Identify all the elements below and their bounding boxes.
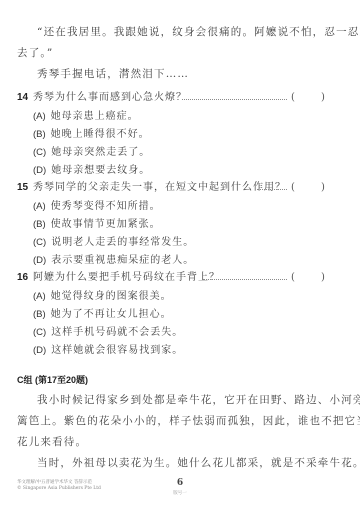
- option-a: (A)使秀琴变得不知所措。: [17, 198, 347, 216]
- option-text: 说明老人走丢的事经常发生。: [51, 237, 194, 248]
- answer-paren-left: (: [291, 178, 295, 198]
- option-letter: (D): [33, 165, 46, 176]
- passage-line: 篱笆上。紫色的花朵小小的，样子怯弱而孤独，因此，谁也不把它当成: [17, 411, 360, 432]
- question-16: 16 阿嬷为什么要把手机号码纹在手背上？ ( ) (A)她觉得纹身的图案很美。 …: [17, 268, 347, 360]
- leader-dots: [257, 189, 287, 190]
- option-letter: (A): [33, 201, 46, 212]
- option-b: (B)使故事情节更加紧张。: [17, 216, 347, 234]
- option-letter: (B): [33, 129, 46, 140]
- question-stem: 15 秀琴同学的父亲走失一事，在短文中起到什么作用？ ( ): [17, 178, 347, 198]
- option-text: 这样她就会很容易找到家。: [51, 345, 183, 356]
- option-text: 她母亲突然走丢了。: [51, 147, 150, 158]
- leader-dots: [203, 279, 287, 280]
- option-text: 她为了不再让女儿担心。: [51, 309, 172, 320]
- option-b: (B)她为了不再让女儿担心。: [17, 306, 347, 324]
- answer-paren-right: ): [321, 268, 325, 288]
- answer-paren-left: (: [291, 268, 295, 288]
- page-number: 6: [170, 478, 190, 488]
- passage-line: 秀琴手握电话，潸然泪下……: [37, 64, 189, 85]
- question-number: 16: [17, 268, 28, 288]
- question-stem: 14 秀琴为什么事而感到心急火燎？ ( ): [17, 88, 347, 108]
- option-letter: (A): [33, 111, 46, 122]
- question-stem: 16 阿嬷为什么要把手机号码纹在手背上？ ( ): [17, 268, 347, 288]
- option-text: 她母亲患上癌症。: [51, 111, 139, 122]
- option-text: 使秀琴变得不知所措。: [51, 201, 161, 212]
- question-number: 14: [17, 88, 28, 108]
- option-letter: (A): [33, 291, 46, 302]
- document-page: “还在我居里。我跟她说，纹身会很痛的。阿嬷说不怕，忍一忍就过 去了。” 秀琴手握…: [0, 0, 360, 511]
- leader-dots: [182, 99, 287, 100]
- option-b: (B)她晚上睡得很不好。: [17, 126, 347, 144]
- option-letter: (C): [33, 237, 46, 248]
- passage-line: 去了。”: [17, 43, 53, 64]
- option-d: (D)这样她就会很容易找到家。: [17, 342, 347, 360]
- option-text: 使故事情节更加紧张。: [51, 219, 161, 230]
- answer-paren-right: ): [321, 178, 325, 198]
- question-number: 15: [17, 178, 28, 198]
- answer-paren-right: ): [321, 88, 325, 108]
- option-a: (A)她母亲患上癌症。: [17, 108, 347, 126]
- option-a: (A)她觉得纹身的图案很美。: [17, 288, 347, 306]
- option-text: 她母亲想要去纹身。: [51, 165, 150, 176]
- question-text: 阿嬷为什么要把手机号码纹在手背上？: [33, 268, 220, 288]
- option-letter: (D): [33, 255, 46, 266]
- option-letter: (C): [33, 327, 46, 338]
- passage-line: 我小时候记得家乡到处都是牵牛花，它开在田野、路边、小河旁、: [37, 390, 360, 411]
- section-heading: C组 (第17至20题): [17, 373, 88, 386]
- footer-copyright: 华文理解/中五普通学术华文 答辞示范 © Singapore Asia Publ…: [17, 480, 101, 492]
- passage-line: “还在我居里。我跟她说，纹身会很痛的。阿嬷说不怕，忍一忍就过: [37, 22, 360, 43]
- option-letter: (B): [33, 219, 46, 230]
- answer-paren-left: (: [291, 88, 295, 108]
- question-14: 14 秀琴为什么事而感到心急火燎？ ( ) (A)她母亲患上癌症。 (B)她晚上…: [17, 88, 347, 180]
- option-text: 这样手机号码就不会丢失。: [51, 327, 183, 338]
- option-c: (C)这样手机号码就不会丢失。: [17, 324, 347, 342]
- option-text: 表示要重视患痴呆症的老人。: [51, 255, 194, 266]
- passage-line: 花儿来看待。: [17, 432, 87, 453]
- option-letter: (D): [33, 345, 46, 356]
- question-15: 15 秀琴同学的父亲走失一事，在短文中起到什么作用？ ( ) (A)使秀琴变得不…: [17, 178, 347, 270]
- option-c: (C)她母亲突然走丢了。: [17, 144, 347, 162]
- option-text: 她觉得纹身的图案很美。: [51, 291, 172, 302]
- question-text: 秀琴同学的父亲走失一事，在短文中起到什么作用？: [33, 178, 286, 198]
- footer-publisher: © Singapore Asia Publishers Pte Ltd: [17, 486, 101, 492]
- option-letter: (C): [33, 147, 46, 158]
- option-text: 她晚上睡得很不好。: [51, 129, 150, 140]
- option-c: (C)说明老人走丢的事经常发生。: [17, 234, 347, 252]
- passage-line: 当时，外祖母以卖花为生。她什么花儿都采，就是不采牵牛花。野: [37, 453, 360, 474]
- question-text: 秀琴为什么事而感到心急火燎？: [33, 88, 187, 108]
- option-letter: (B): [33, 309, 46, 320]
- page-subtitle: 版号一: [160, 490, 200, 496]
